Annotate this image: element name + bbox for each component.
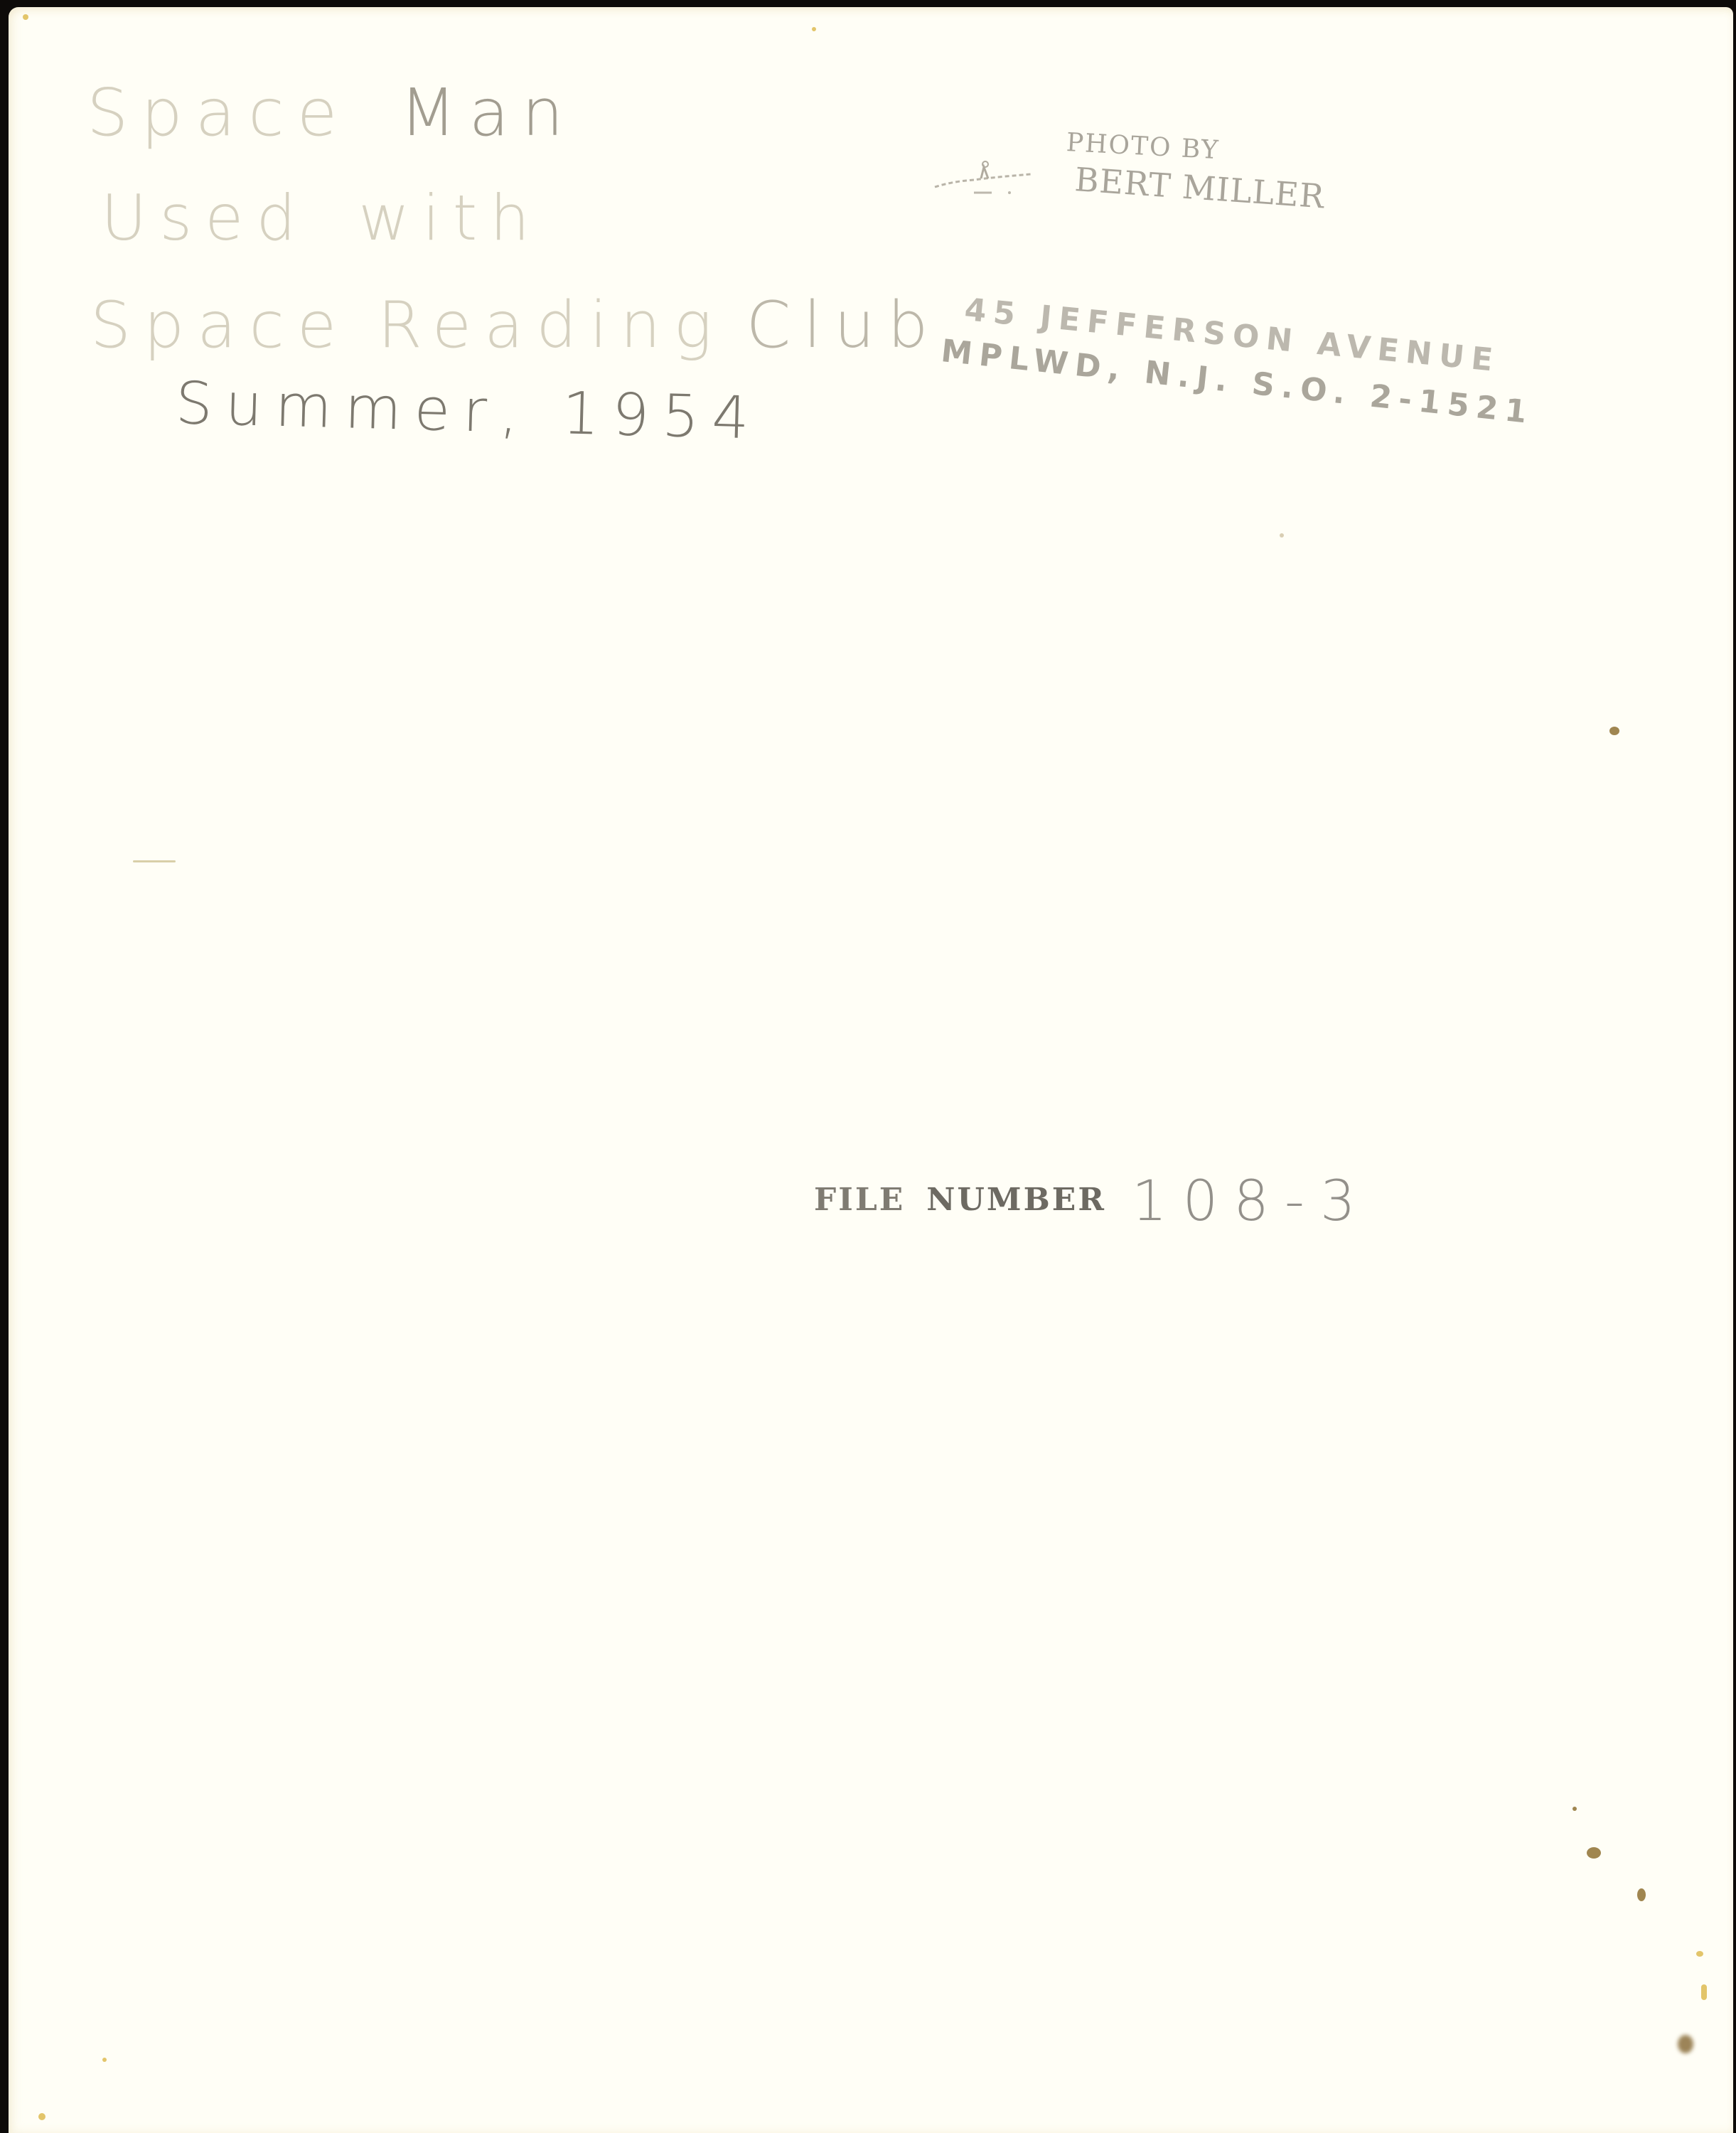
handwritten-word: Club — [746, 288, 941, 363]
file-label-word: FILE — [814, 1182, 905, 1218]
file-label-word: NUMBER — [926, 1182, 1106, 1218]
handwritten-word: Man — [400, 75, 576, 151]
handwritten-word: with — [358, 181, 542, 255]
handwritten-word: Used — [101, 181, 309, 255]
foxing-spot — [1696, 1951, 1703, 1957]
handwritten-word: Space — [87, 75, 350, 151]
foxing-spot — [1678, 2035, 1693, 2053]
foxing-spot — [1609, 727, 1619, 735]
handwritten-line-used-with: Usedwith — [101, 181, 542, 255]
foxing-spot — [1701, 1984, 1707, 2000]
handwritten-line-date: Summer, 1954 — [175, 370, 763, 453]
foxing-spot — [812, 27, 816, 31]
stamp-header: PHOTO BY — [1066, 128, 1221, 165]
photographer-name: BERT MILLER — [1073, 160, 1326, 215]
foxing-spot — [133, 860, 176, 862]
handwritten-line-club: SpaceReadingClub — [90, 288, 941, 363]
file-number-label: FILENUMBER — [814, 1182, 1106, 1218]
file-number-value: 108-3 — [1132, 1170, 1371, 1234]
foxing-spot — [1572, 1807, 1577, 1811]
foxing-spot — [23, 14, 28, 20]
foxing-spot — [1587, 1847, 1601, 1859]
handwritten-line-title: SpaceMan — [87, 75, 576, 151]
foxing-spot — [1280, 533, 1284, 538]
paper-sheet: SpaceMan Usedwith SpaceReadingClub Summe… — [9, 7, 1733, 2133]
foxing-spot — [102, 2058, 107, 2062]
foxing-spot — [1637, 1888, 1646, 1901]
camera-logo-icon — [931, 153, 1038, 196]
handwritten-word: Space — [90, 288, 349, 363]
scanned-photo-back: SpaceMan Usedwith SpaceReadingClub Summe… — [0, 0, 1736, 2133]
foxing-spot — [38, 2113, 45, 2120]
handwritten-word: Reading — [377, 288, 724, 363]
